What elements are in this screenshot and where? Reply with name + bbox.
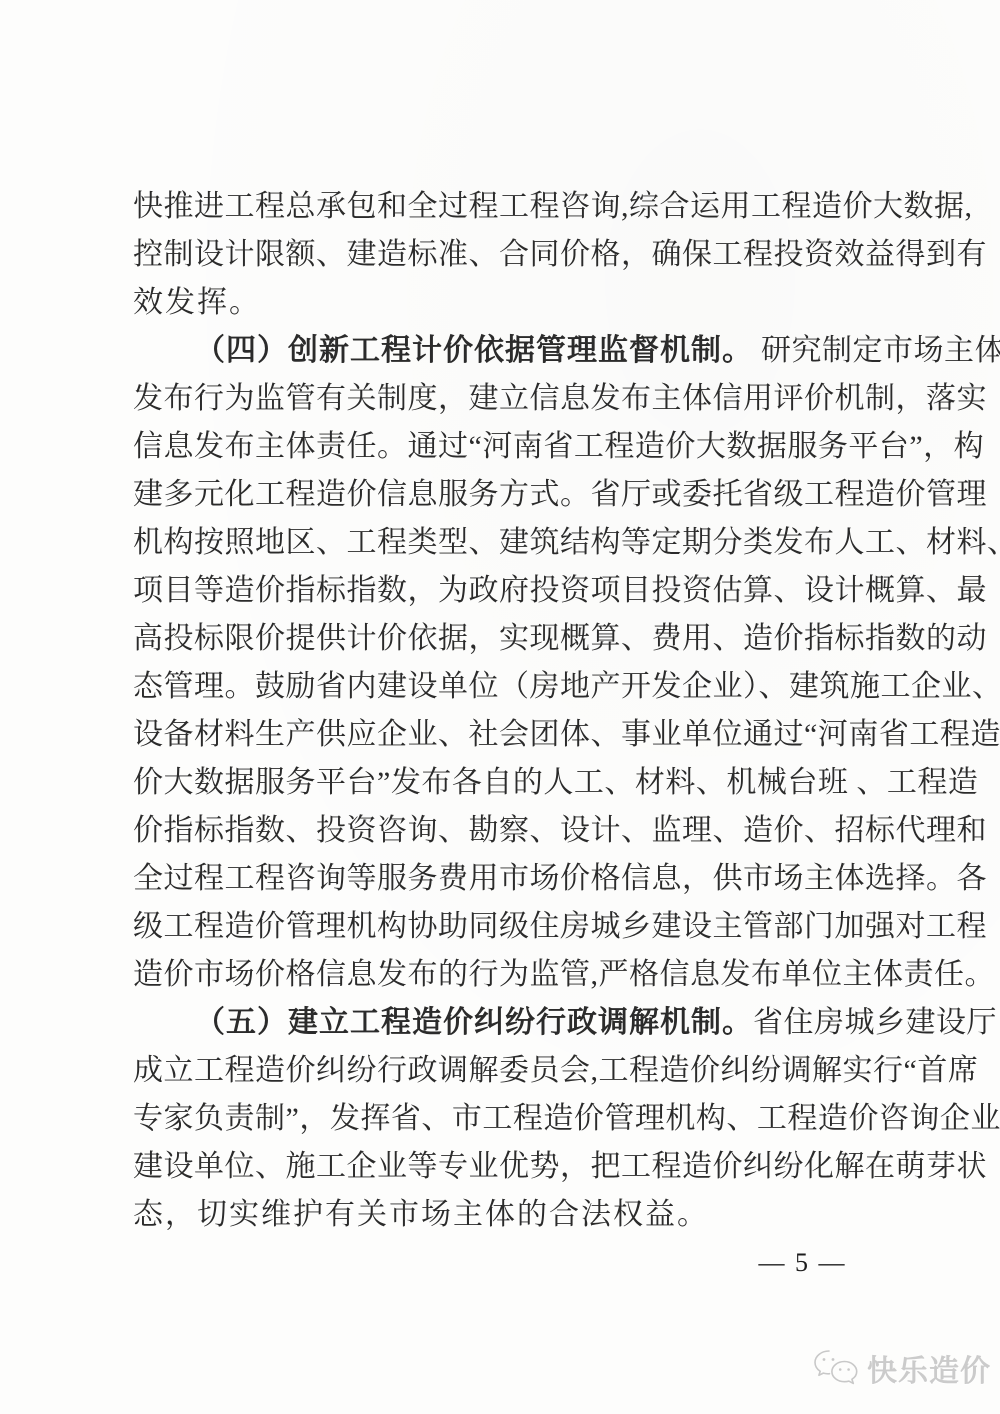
body-text: 专家负责制”，发挥省、市工程造价管理机构、工程造价咨询企业、	[133, 1102, 1000, 1135]
text-line: 建多元化工程造价信息服务方式。省厅或委托省级工程造价管理	[133, 471, 868, 519]
body-text: 高投标限价提供计价依据，实现概算、费用、造价指标指数的动	[133, 622, 987, 655]
text-line: 成立工程造价纠纷行政调解委员会,工程造价纠纷调解实行“首席	[133, 1047, 868, 1095]
body-text: 设备材料生产供应企业、社会团体、事业单位通过“河南省工程造	[133, 718, 1000, 751]
wechat-icon	[812, 1348, 860, 1388]
text-line: 级工程造价管理机构协助同级住房城乡建设主管部门加强对工程	[133, 903, 868, 951]
body-text: 机构按照地区、工程类型、建筑结构等定期分类发布人工、材料、	[133, 526, 1000, 559]
body-text: 建设单位、施工企业等专业优势，把工程造价纠纷化解在萌芽状	[133, 1150, 987, 1183]
body-text: 态，切实维护有关市场主体的合法权益。	[133, 1198, 709, 1231]
body-text: 省住房城乡建设厅	[753, 1006, 997, 1039]
text-line: 全过程工程咨询等服务费用市场价格信息，供市场主体选择。各	[133, 855, 868, 903]
body-text: 建多元化工程造价信息服务方式。省厅或委托省级工程造价管理	[133, 478, 987, 511]
body-text: 价指标指数、投资咨询、勘察、设计、监理、造价、招标代理和	[133, 814, 987, 847]
text-line: 效发挥。	[133, 279, 868, 327]
body-text: 态管理。鼓励省内建设单位（房地产开发企业）、建筑施工企业、	[133, 670, 1000, 703]
page-number: — 5 —	[755, 1248, 850, 1278]
body-text: 信息发布主体责任。通过“河南省工程造价大数据服务平台”，构	[133, 430, 984, 463]
body-text: 快推进工程总承包和全过程工程咨询,综合运用工程造价大数据,	[133, 190, 973, 223]
body-text: 成立工程造价纠纷行政调解委员会,工程造价纠纷调解实行“首席	[133, 1054, 978, 1087]
text-line: 态，切实维护有关市场主体的合法权益。	[133, 1191, 868, 1239]
body-text: 项目等造价指标指数，为政府投资项目投资估算、设计概算、最	[133, 574, 987, 607]
body-text: 控制设计限额、建造标准、合同价格，确保工程投资效益得到有	[133, 238, 987, 271]
body-text: 研究制定市场主体	[753, 334, 1000, 367]
text-line: 机构按照地区、工程类型、建筑结构等定期分类发布人工、材料、	[133, 519, 868, 567]
body-text: 价大数据服务平台”发布各自的人工、材料、机械台班 、工程造	[133, 766, 978, 799]
text-line: （五）建立工程造价纠纷行政调解机制。省住房城乡建设厅	[133, 999, 868, 1047]
document-body: 快推进工程总承包和全过程工程咨询,综合运用工程造价大数据,控制设计限额、建造标准…	[133, 183, 868, 1239]
text-line: 建设单位、施工企业等专业优势，把工程造价纠纷化解在萌芽状	[133, 1143, 868, 1191]
document-page: 快推进工程总承包和全过程工程咨询,综合运用工程造价大数据,控制设计限额、建造标准…	[0, 0, 1000, 1414]
text-line: 价指标指数、投资咨询、勘察、设计、监理、造价、招标代理和	[133, 807, 868, 855]
body-text: 发布行为监管有关制度，建立信息发布主体信用评价机制，落实	[133, 382, 987, 415]
text-line: 专家负责制”，发挥省、市工程造价管理机构、工程造价咨询企业、	[133, 1095, 868, 1143]
body-text: 效发挥。	[133, 286, 261, 319]
text-line: （四）创新工程计价依据管理监督机制。 研究制定市场主体	[133, 327, 868, 375]
body-text: 级工程造价管理机构协助同级住房城乡建设主管部门加强对工程	[133, 910, 987, 943]
body-text: 全过程工程咨询等服务费用市场价格信息，供市场主体选择。各	[133, 862, 987, 895]
heading-text: （五）建立工程造价纠纷行政调解机制。	[195, 1006, 753, 1039]
text-line: 快推进工程总承包和全过程工程咨询,综合运用工程造价大数据,	[133, 183, 868, 231]
body-text: 造价市场价格信息发布的行为监管,严格信息发布单位主体责任。	[133, 958, 995, 991]
text-line: 态管理。鼓励省内建设单位（房地产开发企业）、建筑施工企业、	[133, 663, 868, 711]
text-line: 造价市场价格信息发布的行为监管,严格信息发布单位主体责任。	[133, 951, 868, 999]
text-line: 控制设计限额、建造标准、合同价格，确保工程投资效益得到有	[133, 231, 868, 279]
watermark-text: 快乐造价	[867, 1346, 991, 1390]
text-line: 信息发布主体责任。通过“河南省工程造价大数据服务平台”，构	[133, 423, 868, 471]
text-line: 高投标限价提供计价依据，实现概算、费用、造价指标指数的动	[133, 615, 868, 663]
text-line: 项目等造价指标指数，为政府投资项目投资估算、设计概算、最	[133, 567, 868, 615]
heading-text: （四）创新工程计价依据管理监督机制。	[195, 334, 753, 367]
text-line: 价大数据服务平台”发布各自的人工、材料、机械台班 、工程造	[133, 759, 868, 807]
watermark: 快乐造价	[812, 1346, 991, 1390]
text-line: 发布行为监管有关制度，建立信息发布主体信用评价机制，落实	[133, 375, 868, 423]
text-line: 设备材料生产供应企业、社会团体、事业单位通过“河南省工程造	[133, 711, 868, 759]
